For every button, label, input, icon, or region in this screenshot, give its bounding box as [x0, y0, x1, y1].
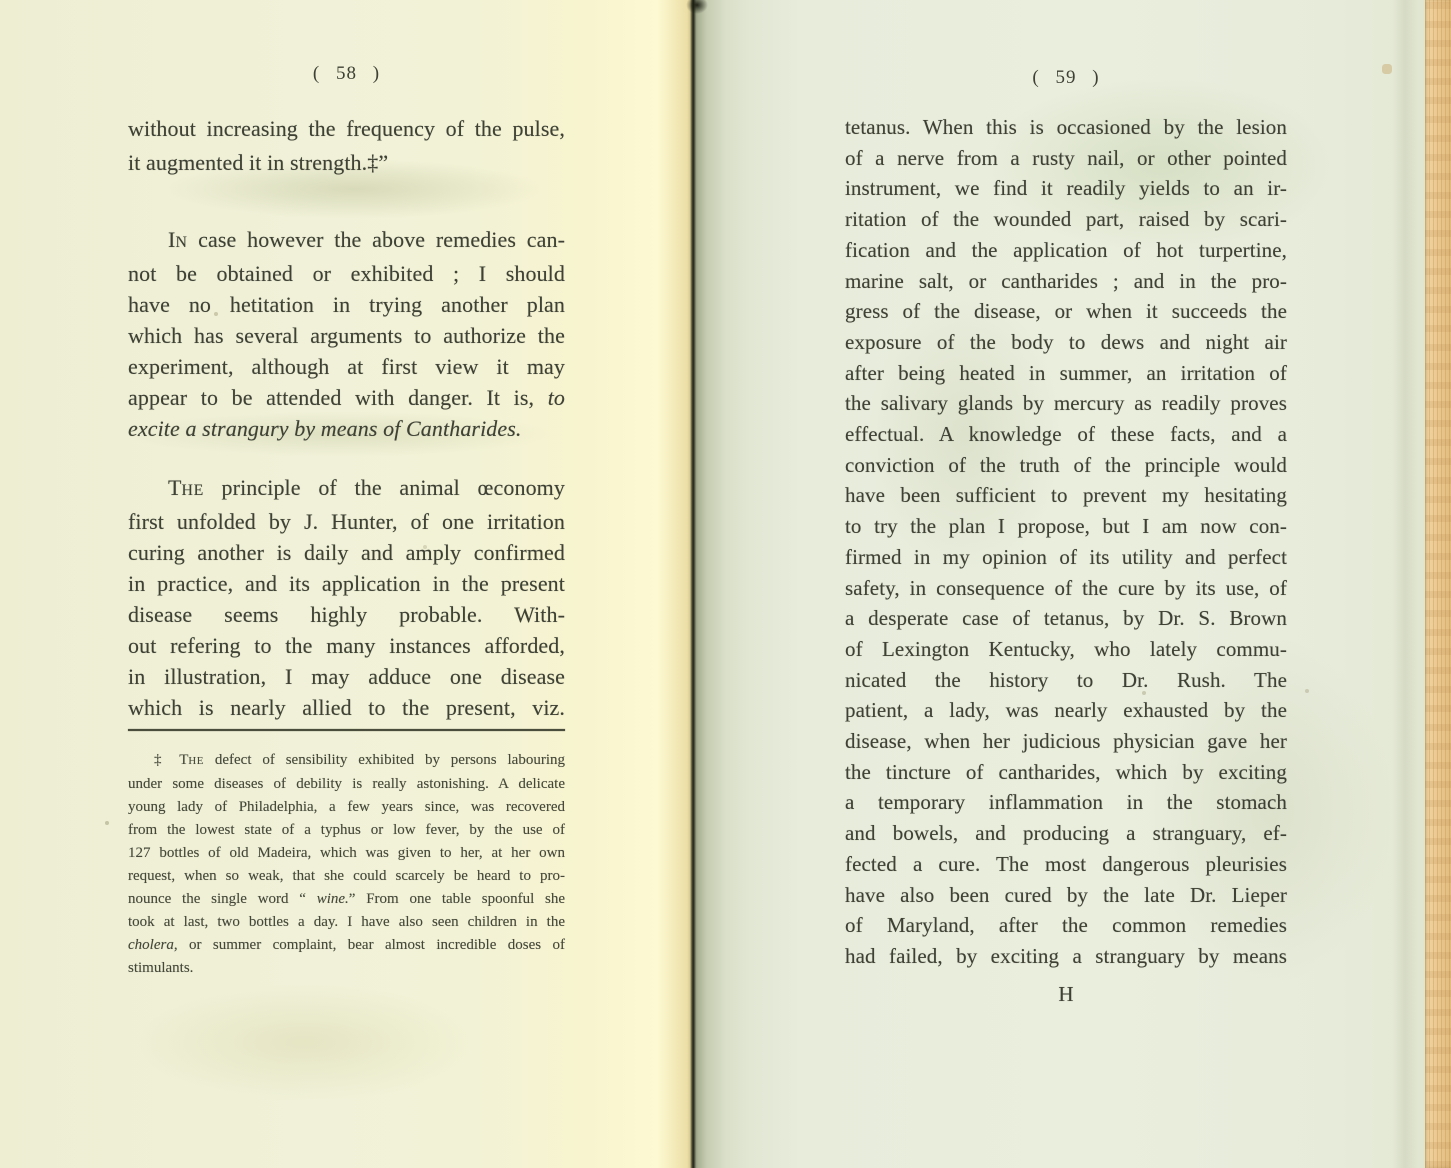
text-line: have also been cured by the late Dr. Lie…	[845, 880, 1287, 911]
text-segment: conviction of the truth of the principle…	[845, 453, 1287, 477]
text-line: have no hetitation in trying another pla…	[128, 289, 565, 320]
page-number-header: ( 59 )	[845, 66, 1287, 90]
text-segment: case however the above remedies can-	[187, 227, 565, 252]
text-line: exposure of the body to dews and night a…	[845, 327, 1287, 358]
text-line: first unfolded by J. Hunter, of one irri…	[128, 506, 565, 537]
text-line: which is nearly allied to the present, v…	[128, 692, 565, 723]
text-segment: nicated the history to Dr. Rush. The	[845, 668, 1287, 692]
text-line: nounce the single word “ wine.” From one…	[128, 888, 565, 911]
text-segment: in illustration, I may adduce one diseas…	[128, 664, 565, 689]
text-line: a desperate case of tetanus, by Dr. S. B…	[845, 603, 1287, 634]
text-segment: instrument, we find it readily yields to…	[845, 176, 1287, 200]
text-line: under some diseases of debility is reall…	[128, 773, 565, 796]
text-line: a temporary inflammation in the stomach	[845, 787, 1287, 818]
text-segment: principle of the animal œconomy	[204, 475, 565, 500]
text-line: instrument, we find it readily yields to…	[845, 173, 1287, 204]
text-segment: out refering to the many instances affor…	[128, 633, 565, 658]
text-segment: in practice, and its application in the …	[128, 571, 565, 596]
text-line: ritation of the wounded part, raised by …	[845, 204, 1287, 235]
text-segment: and bowels, and producing a stranguary, …	[845, 821, 1287, 845]
fore-edge-pages	[1425, 0, 1451, 1168]
text-line: fected a cure. The most dangerous pleuri…	[845, 849, 1287, 880]
text-segment: appear to be attended with danger. It is…	[128, 385, 548, 410]
paragraph: IN case however the above remedies can-n…	[128, 224, 565, 444]
text-segment: have also been cured by the late Dr. Lie…	[845, 883, 1287, 907]
text-segment: , or summer complaint, bear almost incre…	[174, 937, 565, 953]
text-line: the salivary glands by mercury as readil…	[845, 388, 1287, 419]
text-line: excite a strangury by means of Cantharid…	[128, 413, 565, 444]
text-segment: took at last, two bottles a day. I have …	[128, 914, 565, 930]
text-segment: gress of the disease, or when it succeed…	[845, 299, 1287, 323]
text-line: disease, when her judicious physician ga…	[845, 726, 1287, 757]
text-segment: fication and the application of hot turp…	[845, 238, 1287, 262]
text-segment: ‡ T	[154, 752, 188, 768]
text-line: cholera, or summer complaint, bear almos…	[128, 934, 565, 957]
text-segment: 127 bottles of old Madeira, which was gi…	[128, 845, 565, 861]
text-line: in practice, and its application in the …	[128, 568, 565, 599]
book-spread: ( 58 ) without increasing the frequency …	[0, 0, 1451, 1168]
text-segment: a desperate case of tetanus, by Dr. S. B…	[845, 606, 1287, 630]
text-line: out refering to the many instances affor…	[128, 630, 565, 661]
left-page-text-block: ( 58 ) without increasing the frequency …	[128, 62, 565, 980]
spine-gutter-line	[690, 0, 696, 1168]
body-text: tetanus. When this is occasioned by the …	[845, 112, 1287, 972]
text-line: 127 bottles of old Madeira, which was gi…	[128, 842, 565, 865]
text-segment: young lady of Philadelphia, a few years …	[128, 799, 565, 815]
text-line: young lady of Philadelphia, a few years …	[128, 796, 565, 819]
text-line: and bowels, and producing a stranguary, …	[845, 818, 1287, 849]
show-through-stain	[140, 985, 470, 1100]
text-line: from the lowest state of a typhus or low…	[128, 819, 565, 842]
text-segment: wine.	[317, 891, 349, 907]
text-line: request, when so weak, that she could sc…	[128, 865, 565, 888]
text-segment: tetanus. When this is occasioned by the …	[845, 115, 1287, 139]
text-line: marine salt, or cantharides ; and in the…	[845, 266, 1287, 297]
text-segment: firmed in my opinion of its utility and …	[845, 545, 1287, 569]
text-segment: of Lexington Kentucky, who lately commu-	[845, 637, 1287, 661]
spine-top-notch	[686, 0, 708, 14]
text-segment: fected a cure. The most dangerous pleuri…	[845, 852, 1287, 876]
text-segment: a temporary inflammation in the stomach	[845, 790, 1287, 814]
text-line: have been sufficient to prevent my hesit…	[845, 480, 1287, 511]
text-segment: which is nearly allied to the present, v…	[128, 695, 565, 720]
text-segment: to try the plan I propose, but I am now …	[845, 514, 1287, 538]
text-line: of a nerve from a rusty nail, or other p…	[845, 143, 1287, 174]
text-segment: HE	[182, 482, 204, 499]
text-segment: ritation of the wounded part, raised by …	[845, 207, 1287, 231]
text-line: in illustration, I may adduce one diseas…	[128, 661, 565, 692]
footnote-rule	[128, 729, 565, 731]
text-line: not be obtained or exhibited ; I should	[128, 258, 565, 289]
text-segment: of a nerve from a rusty nail, or other p…	[845, 146, 1287, 170]
text-line: stimulants.	[128, 957, 565, 980]
text-segment: exposure of the body to dews and night a…	[845, 330, 1287, 354]
text-line: gress of the disease, or when it succeed…	[845, 296, 1287, 327]
text-line: tetanus. When this is occasioned by the …	[845, 112, 1287, 143]
text-line: safety, in consequence of the cure by it…	[845, 573, 1287, 604]
text-line: nicated the history to Dr. Rush. The	[845, 665, 1287, 696]
text-segment: have no hetitation in trying another pla…	[128, 292, 565, 317]
text-line: of Lexington Kentucky, who lately commu-	[845, 634, 1287, 665]
text-segment: effectual. A knowledge of these facts, a…	[845, 422, 1287, 446]
text-segment: marine salt, or cantharides ; and in the…	[845, 269, 1287, 293]
text-segment: HE	[188, 755, 204, 767]
text-line: THE principle of the animal œconomy	[128, 472, 565, 506]
text-segment: nounce the single word “	[128, 891, 317, 907]
text-line: conviction of the truth of the principle…	[845, 450, 1287, 481]
text-segment: request, when so weak, that she could sc…	[128, 868, 565, 884]
text-segment: the tincture of cantharides, which by ex…	[845, 760, 1287, 784]
page-crease-shadow	[1392, 0, 1418, 1168]
text-line: experiment, although at first view it ma…	[128, 351, 565, 382]
text-segment: stimulants.	[128, 960, 193, 976]
text-line: ‡ THE defect of sensibility exhibited by…	[128, 749, 565, 773]
text-line: fication and the application of hot turp…	[845, 235, 1287, 266]
text-segment: of Maryland, after the common remedies	[845, 913, 1287, 937]
text-segment: not be obtained or exhibited ; I should	[128, 261, 565, 286]
text-line: curing another is daily and amply confir…	[128, 537, 565, 568]
paragraph: without increasing the frequency of the …	[128, 112, 565, 180]
text-line: patient, a lady, was nearly exhausted by…	[845, 695, 1287, 726]
text-line: firmed in my opinion of its utility and …	[845, 542, 1287, 573]
text-segment: patient, a lady, was nearly exhausted by…	[845, 698, 1287, 722]
text-line: of Maryland, after the common remedies	[845, 910, 1287, 941]
right-page-text-block: ( 59 ) tetanus. When this is occasioned …	[845, 66, 1287, 1007]
text-segment: safety, in consequence of the cure by it…	[845, 576, 1287, 600]
text-segment: from the lowest state of a typhus or low…	[128, 822, 565, 838]
text-line: which has several arguments to authorize…	[128, 320, 565, 351]
text-line: after being heated in summer, an irritat…	[845, 358, 1287, 389]
text-segment: defect of sensibility exhibited by perso…	[204, 752, 565, 768]
text-segment: excite a strangury by means of Cantharid…	[128, 416, 522, 441]
text-line: the tincture of cantharides, which by ex…	[845, 757, 1287, 788]
text-segment: after being heated in summer, an irritat…	[845, 361, 1287, 385]
text-line: disease seems highly probable. With-	[128, 599, 565, 630]
text-line: effectual. A knowledge of these facts, a…	[845, 419, 1287, 450]
text-line: to try the plan I propose, but I am now …	[845, 511, 1287, 542]
text-segment: disease, when her judicious physician ga…	[845, 729, 1287, 753]
text-segment: to	[548, 385, 565, 410]
text-line: appear to be attended with danger. It is…	[128, 382, 565, 413]
paragraph: THE principle of the animal œconomyfirst…	[128, 472, 565, 723]
paper-specks	[0, 0, 2, 2]
text-segment: curing another is daily and amply confir…	[128, 540, 565, 565]
text-segment: the salivary glands by mercury as readil…	[845, 391, 1287, 415]
text-segment: disease seems highly probable. With-	[128, 602, 565, 627]
text-segment: experiment, although at first view it ma…	[128, 354, 565, 379]
text-segment: N	[175, 234, 187, 251]
text-segment: without increasing the frequency of the …	[128, 116, 565, 141]
text-segment: ” From one table spoonful she	[349, 891, 565, 907]
signature-mark: H	[845, 982, 1287, 1007]
text-line: it augmented it in strength.‡”	[128, 146, 565, 180]
text-segment: T	[168, 475, 182, 500]
text-segment: had failed, by exciting a stranguary by …	[845, 944, 1287, 968]
text-segment: it augmented it in strength.‡”	[128, 150, 388, 175]
text-line: took at last, two bottles a day. I have …	[128, 911, 565, 934]
text-segment: have been sufficient to prevent my hesit…	[845, 483, 1287, 507]
text-line: IN case however the above remedies can-	[128, 224, 565, 258]
text-segment: which has several arguments to authorize…	[128, 323, 565, 348]
text-segment: cholera	[128, 937, 174, 953]
text-line: without increasing the frequency of the …	[128, 112, 565, 146]
text-line: had failed, by exciting a stranguary by …	[845, 941, 1287, 972]
footnote: ‡ THE defect of sensibility exhibited by…	[128, 749, 565, 980]
text-segment: under some diseases of debility is reall…	[128, 776, 565, 792]
text-segment: first unfolded by J. Hunter, of one irri…	[128, 509, 565, 534]
page-number-header: ( 58 )	[128, 62, 565, 86]
